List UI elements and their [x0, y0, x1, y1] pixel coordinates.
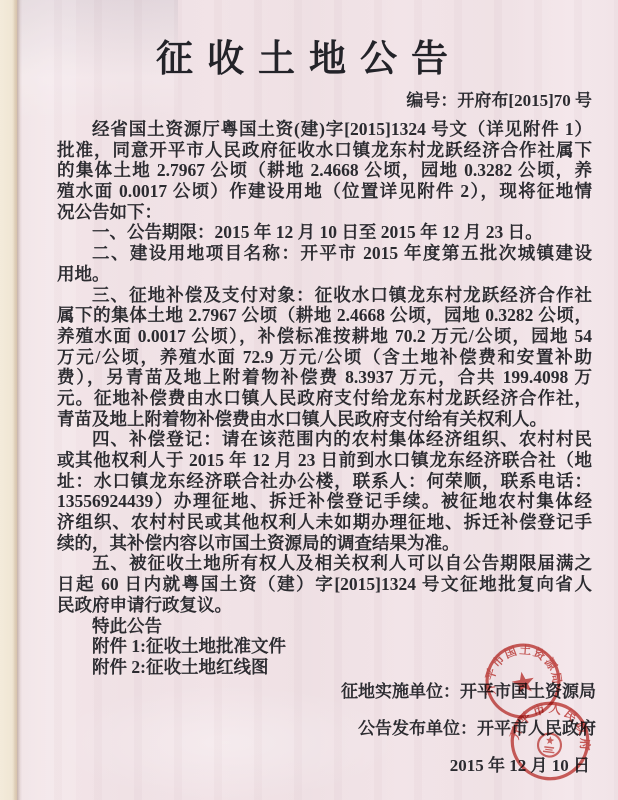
document-body: 经省国土资源厅粤国土资(建)字[2015]1324 号文（详见附件 1） 批准，…: [57, 119, 592, 678]
publishing-unit-line: 公告发布单位：开平市人民政府: [57, 718, 596, 739]
doc-line: 青苗及地上附着物补偿费由水口镇人民政府支付给有关权利人。: [57, 409, 592, 430]
document-title: 征收土地公告: [0, 28, 618, 82]
doc-line: 日起 60 日内就粤国土资（建）字[2015]1324 号文征地批复向省人: [57, 574, 592, 595]
doc-line: 况公告如下：: [57, 202, 592, 223]
doc-line-attachment-1: 附件 1:征收土地批准文件: [57, 636, 592, 657]
document-date: 2015 年 12 月 10 日: [57, 755, 596, 776]
doc-line: 的集体土地 2.7967 公顷（耕地 2.4668 公顷，园地 0.3282 公…: [57, 160, 592, 181]
doc-line: 二、建设用地项目名称：开平市 2015 年度第五批次城镇建设: [57, 243, 592, 264]
document-number: 编号：开府布[2015]70 号: [57, 90, 592, 112]
doc-line: 殖水面 0.0017 公顷）作建设用地（位置详见附件 2），现将征地情: [57, 181, 592, 202]
doc-line: 用地。: [57, 264, 592, 285]
doc-line: 民政府申请行政复议。: [57, 595, 592, 616]
implementing-unit-line: 征地实施单位：开平市国土资源局: [57, 681, 596, 702]
doc-line: 批准，同意开平市人民政府征收水口镇龙东村龙跃经济合作社属下: [57, 140, 592, 161]
doc-line: 经省国土资源厅粤国土资(建)字[2015]1324 号文（详见附件 1）: [57, 119, 592, 140]
doc-line: 续的，其补偿内容以市国土资源局的调查结果为准。: [57, 533, 592, 554]
doc-line: 一、公告期限：2015 年 12 月 10 日至 2015 年 12 月 23 …: [57, 222, 592, 243]
doc-line: 三、征地补偿及支付对象：征收水口镇龙东村龙跃经济合作社: [57, 285, 592, 306]
scan-edge-strip: [0, 0, 17, 800]
doc-line: 济组织、农村村民或其他权利人未如期办理征地、拆迁补偿登记手: [57, 512, 592, 533]
doc-line: 费），另青苗及地上附着物补偿费 8.3937 万元，合共 199.4098 万: [57, 367, 592, 388]
doc-line-henceforth: 特此公告: [57, 616, 592, 637]
doc-line: 养殖水面 0.0017 公顷），补偿标准按耕地 70.2 万元/公顷，园地 54: [57, 326, 592, 347]
doc-line: 或其他权利人于 2015 年 12 月 23 日前到水口镇龙东经济联合社（地: [57, 450, 592, 471]
doc-line: 元。征地补偿费由水口镇人民政府支付给龙东村龙跃经济合作社，: [57, 388, 592, 409]
doc-line: 五、被征收土地所有权人及相关权利人可以自公告期限届满之: [57, 553, 592, 574]
doc-line: 址：水口镇龙东经济联合社办公楼，联系人：何荣顺，联系电话：: [57, 471, 592, 492]
document-footer: 征地实施单位：开平市国土资源局 公告发布单位：开平市人民政府 2015 年 12…: [57, 681, 596, 792]
scan-edge-seam: [17, 0, 21, 800]
doc-line: 四、补偿登记：请在该范围内的农村集体经济组织、农村村民: [57, 429, 592, 450]
doc-line-attachment-2: 附件 2:征收土地红线图: [57, 657, 592, 678]
doc-line: 13556924439）办理征地、拆迁补偿登记手续。被征地农村集体经: [57, 491, 592, 512]
scanned-announcement-page: 征收土地公告 编号：开府布[2015]70 号 经省国土资源厅粤国土资(建)字[…: [0, 0, 618, 800]
doc-line: 万元/公顷，养殖水面 72.9 万元/公顷（含土地补偿费和安置补助: [57, 347, 592, 368]
doc-line: 属下的集体土地 2.7967 公顷（耕地 2.4668 公顷，园地 0.3282…: [57, 305, 592, 326]
